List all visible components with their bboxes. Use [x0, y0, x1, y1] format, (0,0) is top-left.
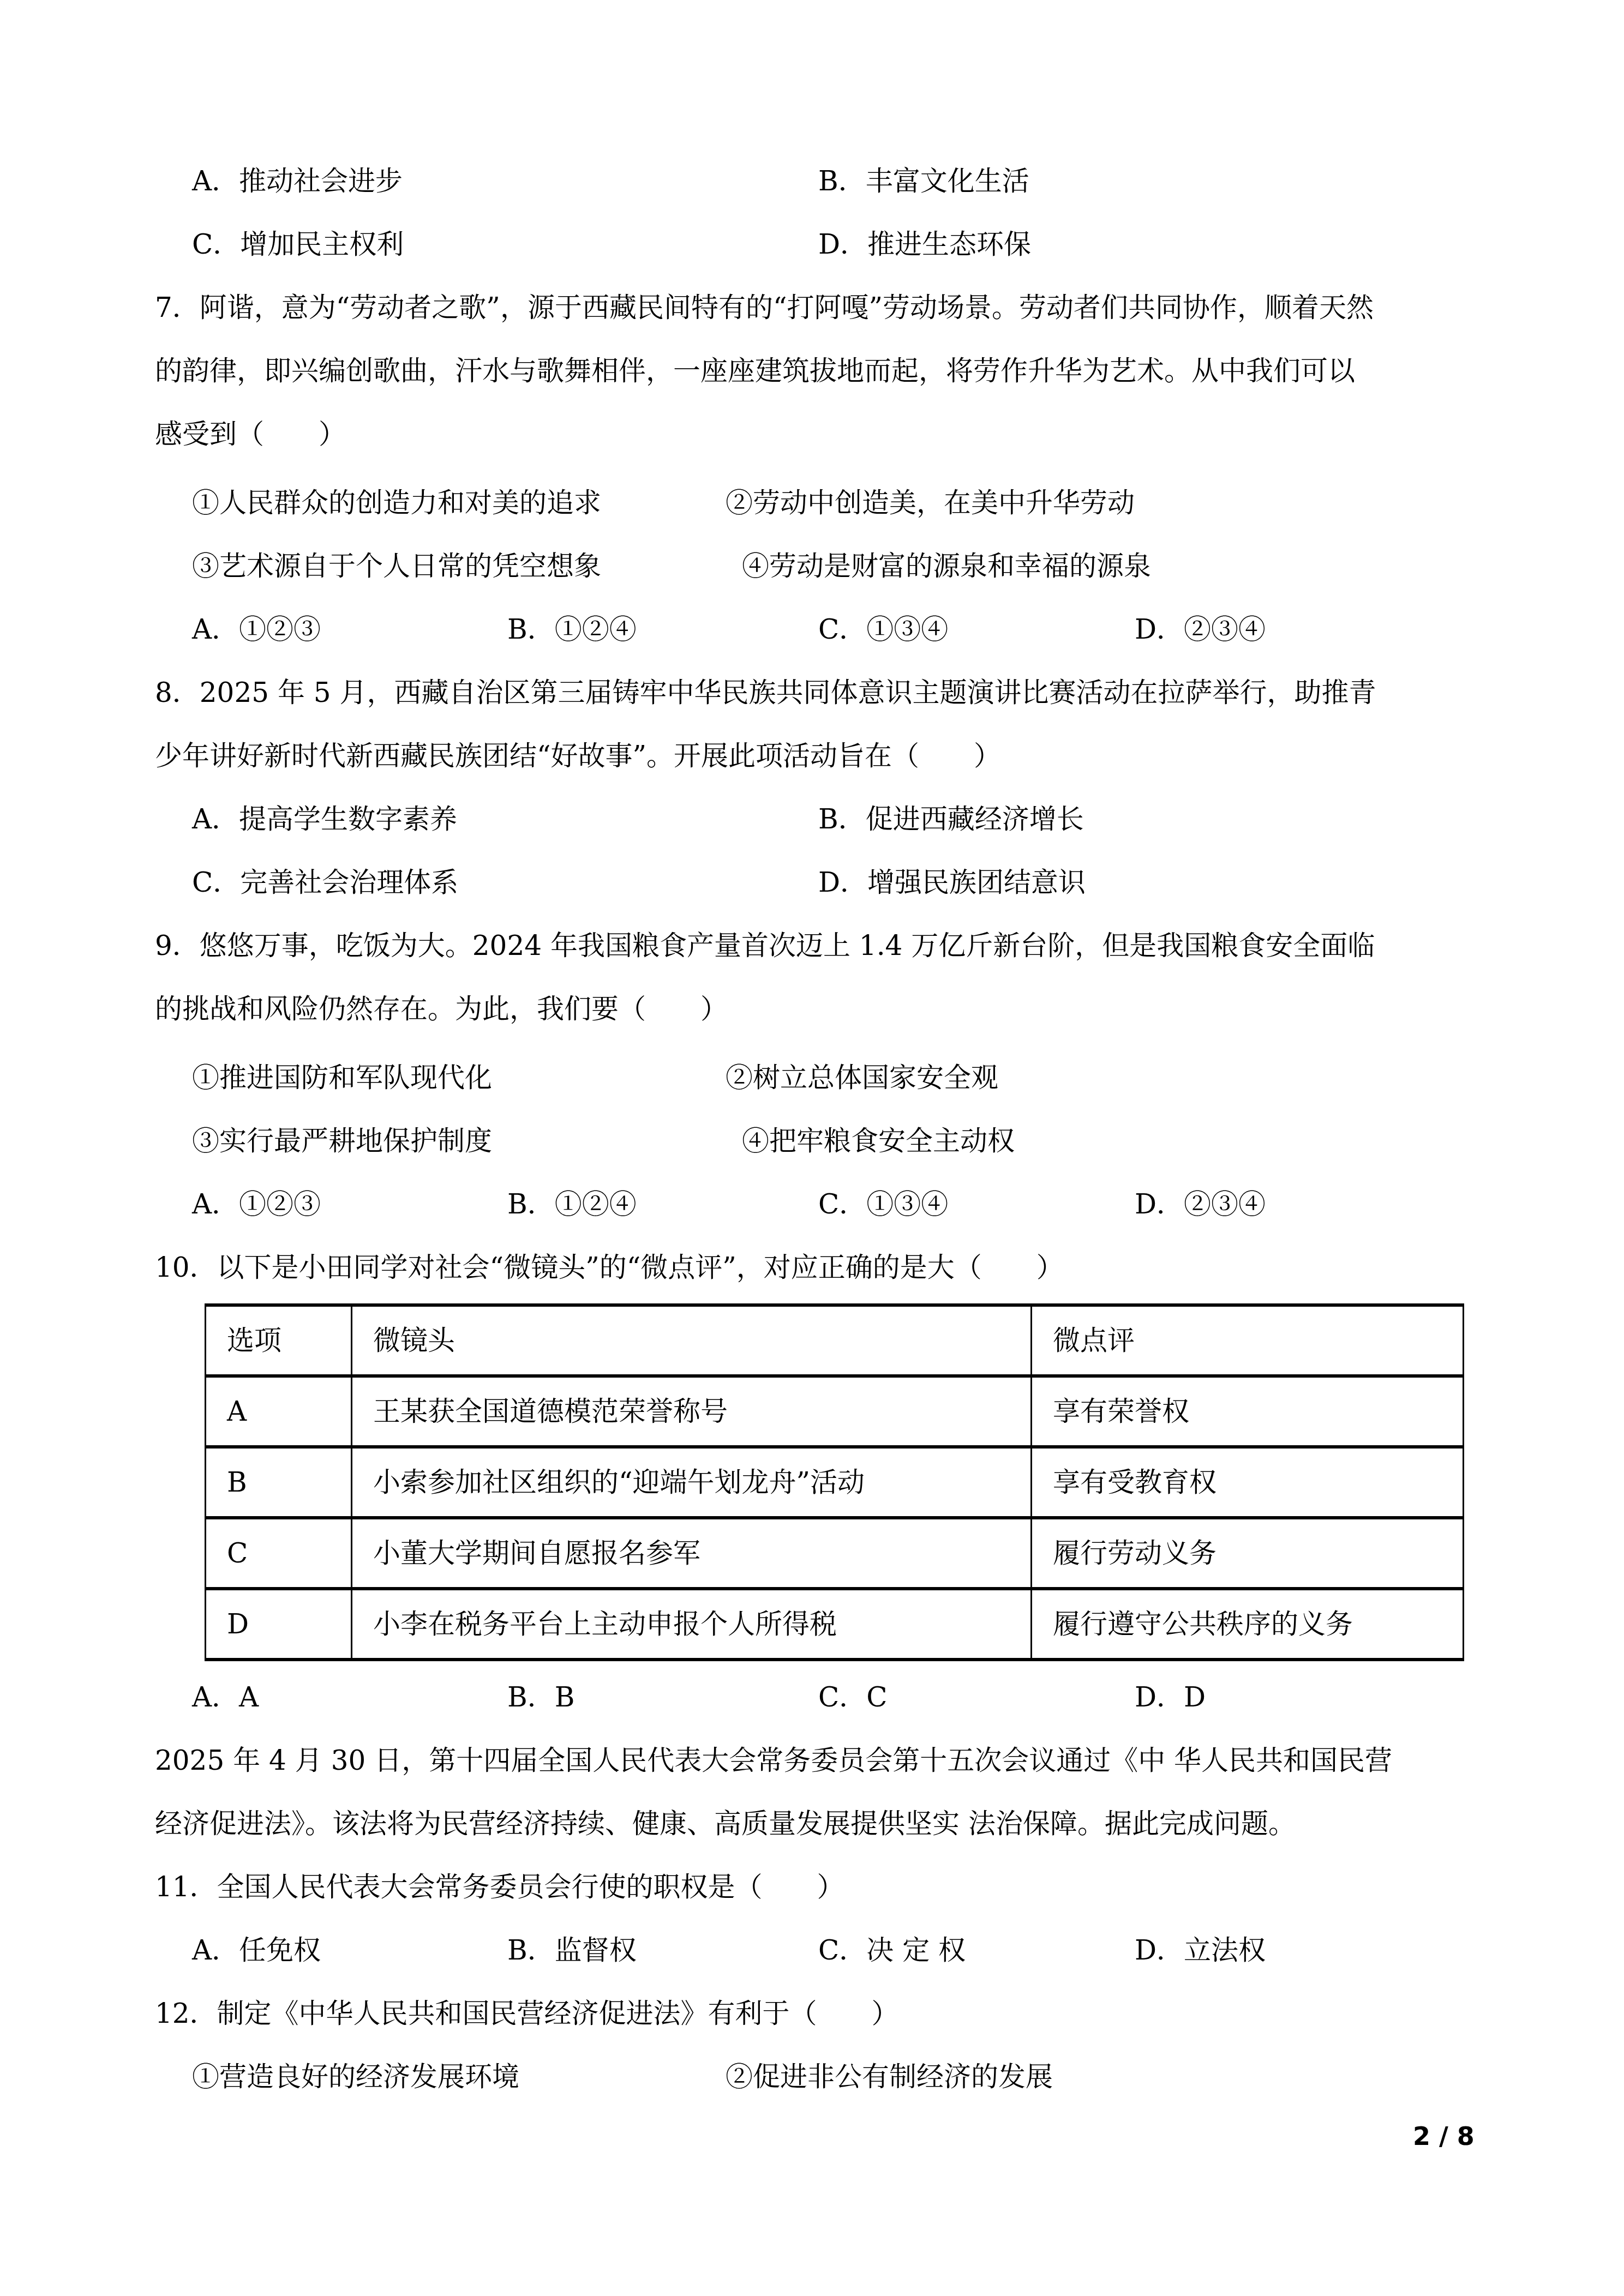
q10-option-d: D．D [1135, 1681, 1206, 1714]
table-cell: 小李在税务平台上主动申报个人所得税 [352, 1589, 1032, 1660]
q6-option-b: B．丰富文化生活 [818, 165, 1029, 197]
q10-option-b: B．B [507, 1681, 575, 1714]
table-header-cell: 微镜头 [352, 1305, 1032, 1376]
q10-table: 选项 微镜头 微点评 A 王某获全国道德模范荣誉称号 享有荣誉权 B 小索参加社… [205, 1303, 1464, 1661]
q8-option-a: A．提高学生数字素养 [192, 803, 457, 836]
q7-stem-line-3: 感受到（ ） [155, 418, 346, 450]
q9-option-d: D．②③④ [1135, 1188, 1266, 1221]
table-cell: B [206, 1447, 352, 1518]
table-cell: 履行劳动义务 [1032, 1518, 1464, 1589]
table-cell: A [206, 1376, 352, 1447]
table-cell: 小索参加社区组织的“迎端午划龙舟”活动 [352, 1447, 1032, 1518]
q11-option-a: A．任免权 [192, 1934, 321, 1967]
q11-option-c: C．决 定 权 [818, 1934, 966, 1967]
material-line-1: 2025 年 4 月 30 日，第十四届全国人民代表大会常务委员会第十五次会议通… [155, 1744, 1392, 1777]
q7-statement-2: ②劳动中创造美，在美中升华劳动 [726, 486, 1135, 519]
table-row: B 小索参加社区组织的“迎端午划龙舟”活动 享有受教育权 [206, 1447, 1464, 1518]
q7-option-c: C．①③④ [818, 613, 948, 646]
q7-option-a: A．①②③ [192, 613, 321, 646]
table-cell: 享有荣誉权 [1032, 1376, 1464, 1447]
table-cell: 享有受教育权 [1032, 1447, 1464, 1518]
q9-statement-2: ②树立总体国家安全观 [726, 1061, 998, 1094]
table-row: D 小李在税务平台上主动申报个人所得税 履行遵守公共秩序的义务 [206, 1589, 1464, 1660]
material-line-2: 经济促进法》。该法将为民营经济持续、健康、高质量发展提供坚实 法治保障。据此完成… [155, 1807, 1296, 1840]
page-number: 2 / 8 [1413, 2121, 1475, 2151]
q10-stem: 10．以下是小田同学对社会“微镜头”的“微点评”，对应正确的是大（ ） [155, 1251, 1064, 1284]
q9-stem-line-2: 的挑战和风险仍然存在。为此，我们要（ ） [155, 993, 728, 1025]
q10-option-c: C．C [818, 1681, 888, 1714]
q7-statement-1: ①人民群众的创造力和对美的追求 [192, 486, 601, 519]
q12-statement-1: ①营造良好的经济发展环境 [192, 2060, 519, 2093]
table-cell: D [206, 1589, 352, 1660]
q9-option-b: B．①②④ [507, 1188, 637, 1221]
q12-statement-2: ②促进非公有制经济的发展 [726, 2060, 1053, 2093]
q9-statement-3: ③实行最严耕地保护制度 [192, 1125, 492, 1157]
q11-option-b: B．监督权 [507, 1934, 637, 1967]
q9-stem-line-1: 9．悠悠万事，吃饭为大。2024 年我国粮食产量首次迈上 1.4 万亿斤新台阶，… [155, 929, 1375, 962]
table-row: A 王某获全国道德模范荣誉称号 享有荣誉权 [206, 1376, 1464, 1447]
table-cell: 履行遵守公共秩序的义务 [1032, 1589, 1464, 1660]
q7-statement-4: ④劳动是财富的源泉和幸福的源泉 [742, 550, 1151, 582]
table-cell: 王某获全国道德模范荣誉称号 [352, 1376, 1032, 1447]
table-cell: 小董大学期间自愿报名参军 [352, 1518, 1032, 1589]
q10-option-a: A．A [192, 1681, 259, 1714]
table-header-cell: 微点评 [1032, 1305, 1464, 1376]
table-header-cell: 选项 [206, 1305, 352, 1376]
table-header-row: 选项 微镜头 微点评 [206, 1305, 1464, 1376]
table-row: C 小董大学期间自愿报名参军 履行劳动义务 [206, 1518, 1464, 1589]
q8-option-b: B．促进西藏经济增长 [818, 803, 1084, 836]
q9-statement-1: ①推进国防和军队现代化 [192, 1061, 492, 1094]
q8-stem-line-2: 少年讲好新时代新西藏民族团结“好故事”。开展此项活动旨在（ ） [155, 740, 1001, 772]
q6-option-d: D．推进生态环保 [818, 228, 1031, 261]
q7-option-d: D．②③④ [1135, 613, 1266, 646]
q8-stem-line-1: 8．2025 年 5 月，西藏自治区第三届铸牢中华民族共同体意识主题演讲比赛活动… [155, 676, 1376, 709]
q7-statement-3: ③艺术源自于个人日常的凭空想象 [192, 550, 601, 582]
q11-stem: 11．全国人民代表大会常务委员会行使的职权是（ ） [155, 1871, 844, 1903]
q6-option-a: A．推动社会进步 [192, 165, 403, 197]
q8-option-c: C．完善社会治理体系 [192, 866, 458, 899]
q9-option-c: C．①③④ [818, 1188, 948, 1221]
q7-stem-line-1: 7．阿谐，意为“劳动者之歌”，源于西藏民间特有的“打阿嘎”劳动场景。劳动者们共同… [155, 291, 1374, 324]
q9-statement-4: ④把牢粮食安全主动权 [742, 1125, 1015, 1157]
q7-option-b: B．①②④ [507, 613, 637, 646]
q9-option-a: A．①②③ [192, 1188, 321, 1221]
q11-option-d: D．立法权 [1135, 1934, 1266, 1967]
table-cell: C [206, 1518, 352, 1589]
q12-stem: 12．制定《中华人民共和国民营经济促进法》有利于（ ） [155, 1997, 899, 2030]
q6-option-c: C．增加民主权利 [192, 228, 404, 261]
q7-stem-line-2: 的韵律，即兴编创歌曲，汗水与歌舞相伴，一座座建筑拔地而起，将劳作升华为艺术。从中… [155, 354, 1355, 387]
q8-option-d: D．增强民族团结意识 [818, 866, 1086, 899]
